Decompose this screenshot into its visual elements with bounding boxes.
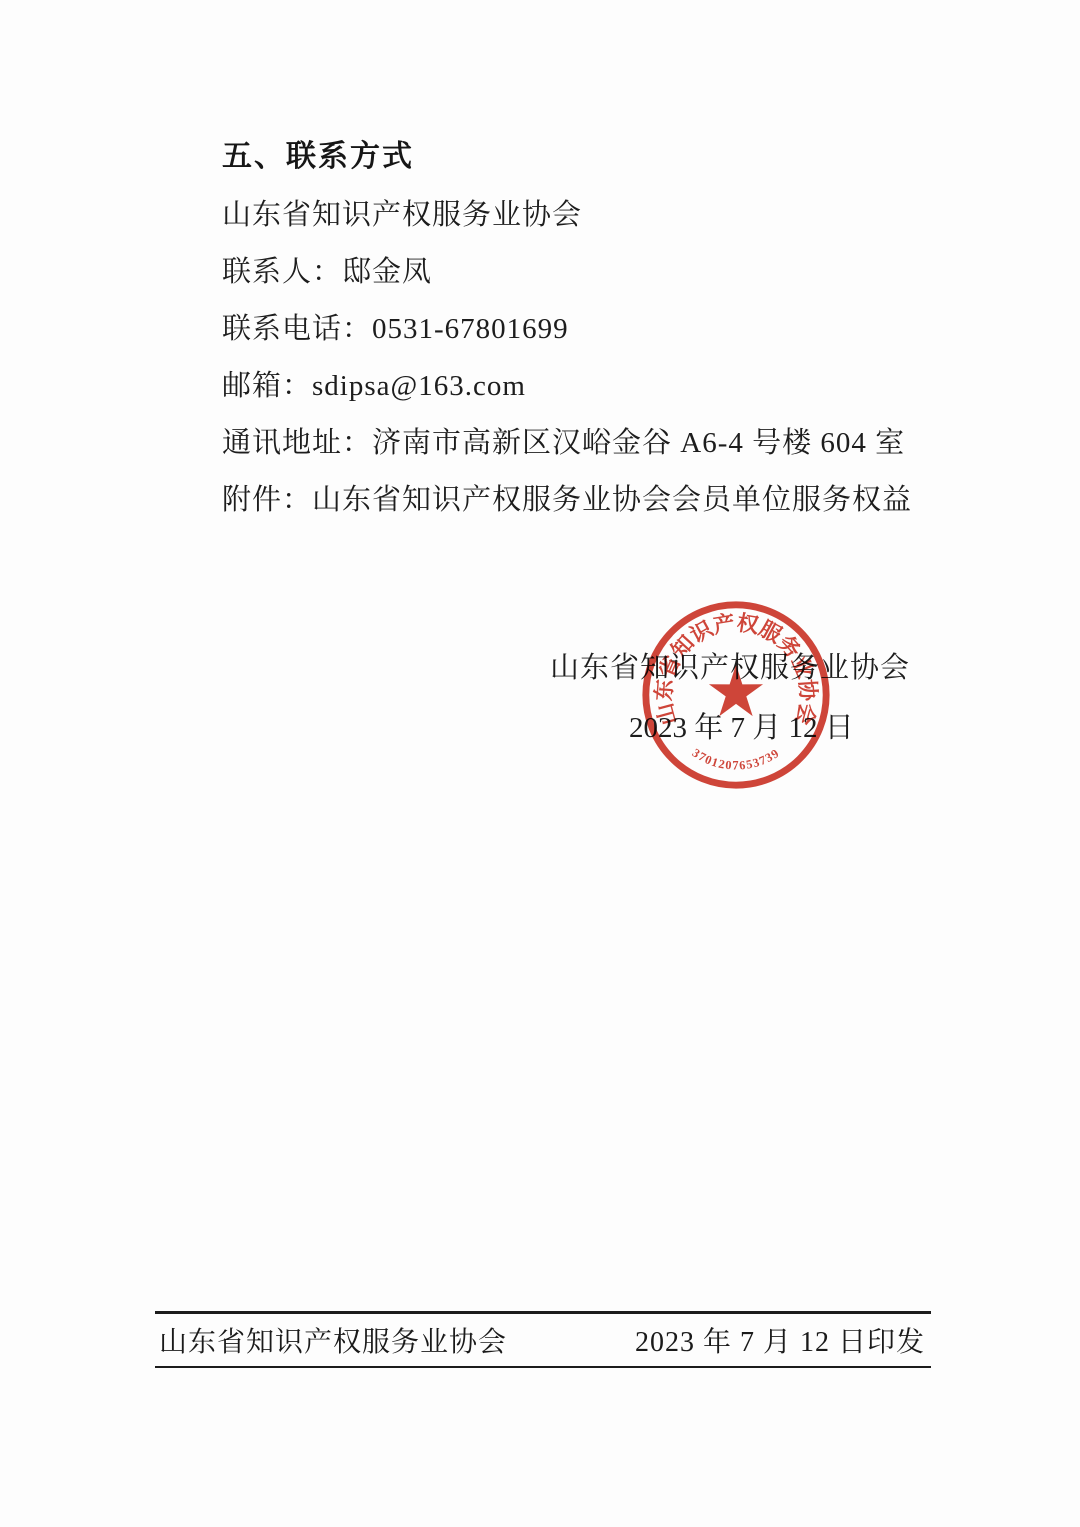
document-page: 五、联系方式 山东省知识产权服务业协会 联系人：邸金凤 联系电话：0531-67… <box>0 0 1080 1527</box>
footer-issuer: 山东省知识产权服务业协会 <box>159 1320 507 1360</box>
signature-date: 2023 年 7 月 12 日 <box>629 711 854 745</box>
svg-text:3701207653739: 3701207653739 <box>690 746 782 773</box>
email-line: 邮箱：sdipsa@163.com <box>222 358 912 415</box>
attachment-line: 附件：山东省知识产权服务业协会会员单位服务权益 <box>222 472 912 529</box>
seal-serial-number: 3701207653739 <box>690 746 782 773</box>
signature-organization: 山东省知识产权服务业协会 <box>550 651 910 685</box>
section-heading: 五、联系方式 <box>222 141 414 173</box>
contact-phone-line: 联系电话：0531-67801699 <box>222 301 912 358</box>
org-name-line: 山东省知识产权服务业协会 <box>222 187 912 244</box>
footer-issue-date: 2023 年 7 月 12 日印发 <box>635 1320 925 1360</box>
official-seal: 山东省知识产权服务业协会 3701207653739 <box>638 597 834 793</box>
seal-ring <box>646 605 826 785</box>
mailing-address-line: 通讯地址：济南市高新区汉峪金谷 A6-4 号楼 604 室 <box>222 415 912 472</box>
contact-info-block: 山东省知识产权服务业协会 联系人：邸金凤 联系电话：0531-67801699 … <box>222 187 912 529</box>
document-footer: 山东省知识产权服务业协会 2023 年 7 月 12 日印发 <box>155 1311 931 1368</box>
contact-person-line: 联系人：邸金凤 <box>222 244 912 301</box>
